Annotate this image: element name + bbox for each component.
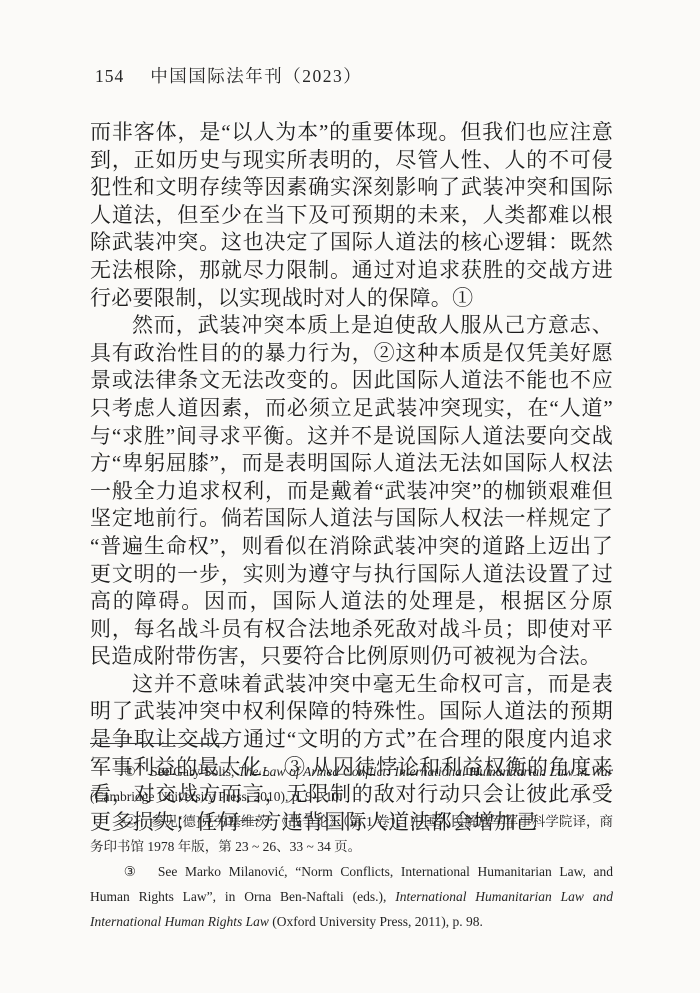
footnote-1-book-title: The Law of Armed Conflict: International… bbox=[238, 764, 613, 779]
footnote-area: ① See Gary Solis, The Law of Armed Confl… bbox=[90, 743, 613, 934]
footnote-2: ② 参见[德]克劳塞维茨：《战争论》（第 1 卷），中国人民解放军军事科学院译，… bbox=[90, 809, 613, 859]
book-page: 154 中国国际法年刊（2023） 而非客体，是“以人为本”的重要体现。但我们也… bbox=[0, 0, 700, 993]
footnote-1-text: ① See Gary Solis, bbox=[124, 764, 238, 779]
journal-title: 中国国际法年刊（2023） bbox=[150, 63, 362, 88]
footnote-1-text-tail: (Cambridge University Press, 2010), p. 9… bbox=[90, 789, 342, 804]
paragraph-1: 而非客体，是“以人为本”的重要体现。但我们也应注意到，正如历史与现实所表明的，尽… bbox=[90, 119, 613, 312]
footnote-divider bbox=[90, 743, 228, 744]
footnote-3-text-tail: (Oxford University Press, 2011), p. 98. bbox=[269, 914, 483, 929]
footnote-2-text: ② 参见[德]克劳塞维茨：《战争论》（第 1 卷），中国人民解放军军事科学院译，… bbox=[90, 814, 613, 854]
page-number: 154 bbox=[95, 66, 124, 87]
main-text: 而非客体，是“以人为本”的重要体现。但我们也应注意到，正如历史与现实所表明的，尽… bbox=[90, 119, 613, 836]
paragraph-2: 然而，武装冲突本质上是迫使敌人服从己方意志、具有政治性目的的暴力行为，②这种本质… bbox=[90, 312, 613, 671]
footnote-3: ③ See Marko Milanović, “Norm Conflicts, … bbox=[90, 859, 613, 934]
footnote-1: ① See Gary Solis, The Law of Armed Confl… bbox=[90, 759, 613, 809]
running-header: 154 中国国际法年刊（2023） bbox=[95, 63, 612, 88]
